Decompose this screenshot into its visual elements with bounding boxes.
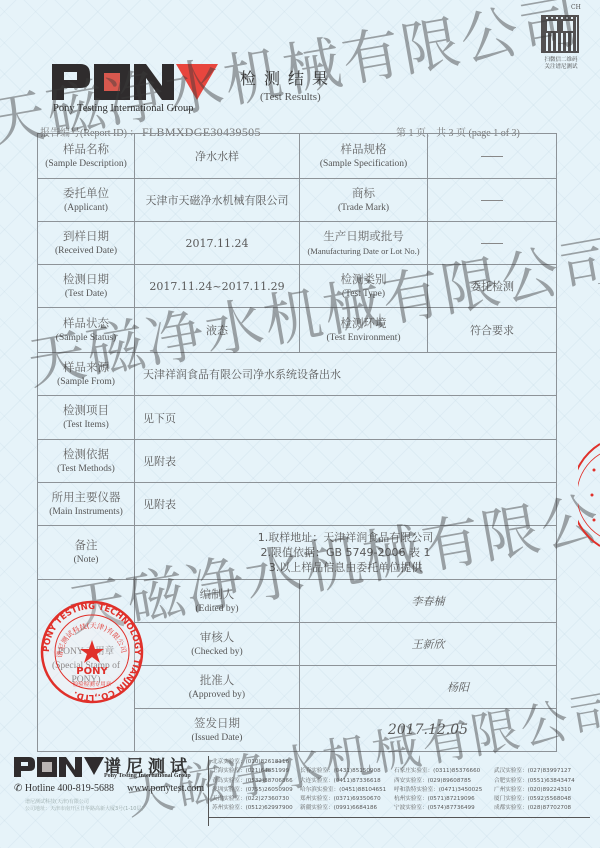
empty-dash <box>481 243 503 244</box>
table-row: 样品来源 (Sample From) 天津祥润食品有限公司净水系统设备出水 <box>38 353 557 396</box>
label-cn: 检测日期 <box>38 272 134 287</box>
label-cell: 委托单位 (Applicant) <box>38 179 135 222</box>
footer-brand-en: Pony Testing International Group <box>104 773 191 779</box>
sample-status-value: 液态 <box>135 308 300 353</box>
label-en: (Test Items) <box>38 418 134 432</box>
label-cell: 样品名称 (Sample Description) <box>38 134 135 179</box>
label-cn: 检测类别 <box>300 272 427 287</box>
table-row: 检测依据 (Test Methods) 见附表 <box>38 440 557 483</box>
seam-stamp-icon <box>578 440 600 550</box>
table-row: 所用主要仪器 (Main Instruments) 见附表 <box>38 483 557 526</box>
label-en: (Issued Date) <box>135 731 299 745</box>
label-en: (Applicant) <box>38 201 134 215</box>
label-cn: 审核人 <box>135 630 299 645</box>
label-cell: 样品来源 (Sample From) <box>38 353 135 396</box>
lab-contact: 厦门实验室：(0592)5568048 <box>494 795 590 804</box>
label-cell: 检测日期 (Test Date) <box>38 265 135 308</box>
note-line: 3.以上样品信息由委托单位提供 <box>135 560 556 575</box>
document-subtitle: (Test Results) <box>260 91 321 103</box>
table-row: 备注 (Note) 1.取样地址：天津祥润食品有限公司 2.限值依据：GB 57… <box>38 526 557 580</box>
label-cn: 检测依据 <box>38 447 134 462</box>
footer-hotline: ✆ Hotline 400-819-5688 <box>14 783 114 794</box>
label-cn: 备注 <box>38 538 134 553</box>
lab-contacts: 北京实验室：(010)82618116上海实验室：(021)64851999长春… <box>212 758 592 814</box>
footer-pony-logo <box>14 755 104 779</box>
lab-contact: 宁波实验室：(0574)87736499 <box>394 804 494 813</box>
label-en: (Test Methods) <box>38 462 134 476</box>
test-methods-value: 见附表 <box>135 440 557 483</box>
label-en: (Checked by) <box>135 645 299 659</box>
label-en: (Main Instruments) <box>38 505 134 519</box>
test-date-value: 2017.11.24~2017.11.29 <box>135 265 300 308</box>
lab-contact: 北京实验室：(010)82618116 <box>212 758 300 767</box>
test-environment-value: 符合要求 <box>428 308 557 353</box>
lab-contact: 哈尔滨实验室：(0451)88104651 <box>300 786 394 795</box>
address-line: 公司地址：天津市南开区日华路高新大厦3号(1-10层) <box>25 806 143 813</box>
label-cell: 生产日期或批号 (Manufacturing Date or Lot No.) <box>300 222 428 265</box>
label-cn: 生产日期或批号 <box>300 229 427 244</box>
label-cell: 检测项目 (Test Items) <box>38 396 135 440</box>
label-cn: 样品来源 <box>38 360 134 375</box>
label-cn: 检测项目 <box>38 403 134 418</box>
label-cell: 备注 (Note) <box>38 526 135 580</box>
label-en: (Sample Description) <box>38 157 134 171</box>
lab-contact: 武汉实验室：(027)83997127 <box>494 767 590 776</box>
table-row: 到样日期 (Received Date) 2017.11.24 生产日期或批号 … <box>38 222 557 265</box>
label-en: (Sample From) <box>38 375 134 389</box>
label-cell: 所用主要仪器 (Main Instruments) <box>38 483 135 526</box>
address-line: 谱尼测试科技(天津)有限公司 <box>25 799 143 806</box>
label-cell: 到样日期 (Received Date) <box>38 222 135 265</box>
test-type-value: 委托检测 <box>428 265 557 308</box>
qr-caption-line: 关注谱尼测试 <box>538 64 584 71</box>
footer-divider <box>208 817 590 818</box>
footer-address: 谱尼测试科技(天津)有限公司 公司地址：天津市南开区日华路高新大厦3号(1-10… <box>25 799 143 813</box>
table-row: 检测项目 (Test Items) 见下页 <box>38 396 557 440</box>
label-cn: 样品状态 <box>38 316 134 331</box>
lab-contact: 郑州实验室：(0371)69350670 <box>300 795 394 804</box>
label-cn: 签发日期 <box>135 716 299 731</box>
label-en: (Sample Specification) <box>300 157 427 171</box>
label-cell: 检测依据 (Test Methods) <box>38 440 135 483</box>
label-cn: 商标 <box>300 186 427 201</box>
table-row: 委托单位 (Applicant) 天津市天磁净水机械有限公司 商标 (Trade… <box>38 179 557 222</box>
label-cell: 商标 (Trade Mark) <box>300 179 428 222</box>
label-en: (Received Date) <box>38 244 134 258</box>
trade-mark-value <box>428 179 557 222</box>
qr-code-icon[interactable] <box>541 15 579 53</box>
lab-contact: 成都实验室：(028)87702708 <box>494 804 590 813</box>
stamp-bottom-text: 检验检测专用章 <box>73 680 112 688</box>
checked-by-signature: 王新欣 <box>300 623 557 666</box>
qr-caption: 扫微信二维码 关注谱尼测试 <box>538 57 584 71</box>
issued-date-value: 2017.12.05 <box>300 709 557 752</box>
manufacturing-date-value <box>428 222 557 265</box>
edited-by-signature: 李春楠 <box>300 580 557 623</box>
label-cn: 样品规格 <box>300 142 427 157</box>
note-line: 2.限值依据：GB 5749-2006 表 1 <box>135 545 556 560</box>
footer-website-link[interactable]: www.ponytest.com <box>127 783 204 794</box>
label-cn: 编制人 <box>135 587 299 602</box>
lab-contact: 大连实验室：(0411)87336618 <box>300 777 394 786</box>
label-en: (Approved by) <box>135 688 299 702</box>
empty-dash <box>481 200 503 201</box>
label-en: (Test Environment) <box>300 331 427 345</box>
label-cell: 样品规格 (Sample Specification) <box>300 134 428 179</box>
label-cn: 样品名称 <box>38 142 134 157</box>
phone-icon: ✆ <box>14 783 22 794</box>
lab-contact: 石家庄实验室：(0311)85376660 <box>394 767 494 776</box>
hotline-text: Hotline 400-819-5688 <box>25 783 114 794</box>
lab-contact: 深圳实验室：(0755)26050909 <box>212 786 300 795</box>
pony-logo <box>52 60 218 101</box>
lab-contact: 长春实验室：(0431)85150908 <box>300 767 394 776</box>
corner-code: CH <box>571 4 581 11</box>
label-en: (Manufacturing Date or Lot No.) <box>300 244 427 258</box>
lab-contact <box>300 758 394 767</box>
label-en: (Test Date) <box>38 287 134 301</box>
stamp-center-text: PONY <box>76 666 108 677</box>
table-row: 样品状态 (Sample Status) 液态 检测环境 (Test Envir… <box>38 308 557 353</box>
approved-by-signature: 杨阳 <box>300 666 557 709</box>
lab-contact: 合肥实验室：(0551)63843474 <box>494 777 590 786</box>
main-instruments-value: 见附表 <box>135 483 557 526</box>
table-row: 检测日期 (Test Date) 2017.11.24~2017.11.29 检… <box>38 265 557 308</box>
label-en: (Edited by) <box>135 602 299 616</box>
lab-contact: 呼和浩特实验室：(0471)3450025 <box>394 786 494 795</box>
label-cell: 检测环境 (Test Environment) <box>300 308 428 353</box>
lab-contact: 苏州实验室：(0512)62997900 <box>212 804 300 813</box>
label-en: (Trade Mark) <box>300 201 427 215</box>
received-date-value: 2017.11.24 <box>135 222 300 265</box>
lab-contact: 青岛实验室：(0532)88706866 <box>212 777 300 786</box>
sample-from-value: 天津祥润食品有限公司净水系统设备出水 <box>135 353 557 396</box>
label-en: (Test Type) <box>300 287 427 301</box>
label-cell: 审核人 (Checked by) <box>135 623 300 666</box>
label-en: (Note) <box>38 553 134 567</box>
label-cell: 签发日期 (Issued Date) <box>135 709 300 752</box>
lab-contact: 上海实验室：(021)64851999 <box>212 767 300 776</box>
qr-caption-line: 扫微信二维码 <box>538 57 584 64</box>
label-cn: 批准人 <box>135 673 299 688</box>
official-stamp-icon: PONY TESTING TECHNOLOGY TIANJIN CO.,LTD.… <box>40 600 144 704</box>
lab-contact <box>494 758 590 767</box>
note-line: 1.取样地址：天津祥润食品有限公司 <box>135 530 556 545</box>
label-cn: 委托单位 <box>38 186 134 201</box>
label-cn: 检测环境 <box>300 316 427 331</box>
test-report-page: CH 扫微信二维码 关注谱尼测试 Pony Testing Internatio… <box>0 0 600 848</box>
label-cell: 批准人 (Approved by) <box>135 666 300 709</box>
lab-contact: 西安实验室：(029)89608785 <box>394 777 494 786</box>
label-cn: 到样日期 <box>38 229 134 244</box>
label-cell: 检测类别 (Test Type) <box>300 265 428 308</box>
table-row: 样品名称 (Sample Description) 净水水样 样品规格 (Sam… <box>38 134 557 179</box>
logo-subtitle: Pony Testing International Group <box>53 103 194 114</box>
empty-dash <box>481 156 503 157</box>
applicant-value: 天津市天磁净水机械有限公司 <box>135 179 300 222</box>
document-title: 检测结果 <box>240 66 336 89</box>
lab-contact: 杭州实验室：(0571)87219096 <box>394 795 494 804</box>
label-cell: 样品状态 (Sample Status) <box>38 308 135 353</box>
footer-divider <box>208 756 209 826</box>
lab-contact <box>394 758 494 767</box>
test-items-value: 见下页 <box>135 396 557 440</box>
lab-contact: 新疆实验室：(0991)6684186 <box>300 804 394 813</box>
label-cn: 所用主要仪器 <box>38 490 134 505</box>
label-cell: 编制人 (Edited by) <box>135 580 300 623</box>
note-value: 1.取样地址：天津祥润食品有限公司 2.限值依据：GB 5749-2006 表 … <box>135 526 557 580</box>
lab-contact: 天津实验室：(022)27360730 <box>212 795 300 804</box>
sample-specification-value <box>428 134 557 179</box>
lab-contact: 广州实验室：(020)89224310 <box>494 786 590 795</box>
label-en: (Sample Status) <box>38 331 134 345</box>
sample-description-value: 净水水样 <box>135 134 300 179</box>
